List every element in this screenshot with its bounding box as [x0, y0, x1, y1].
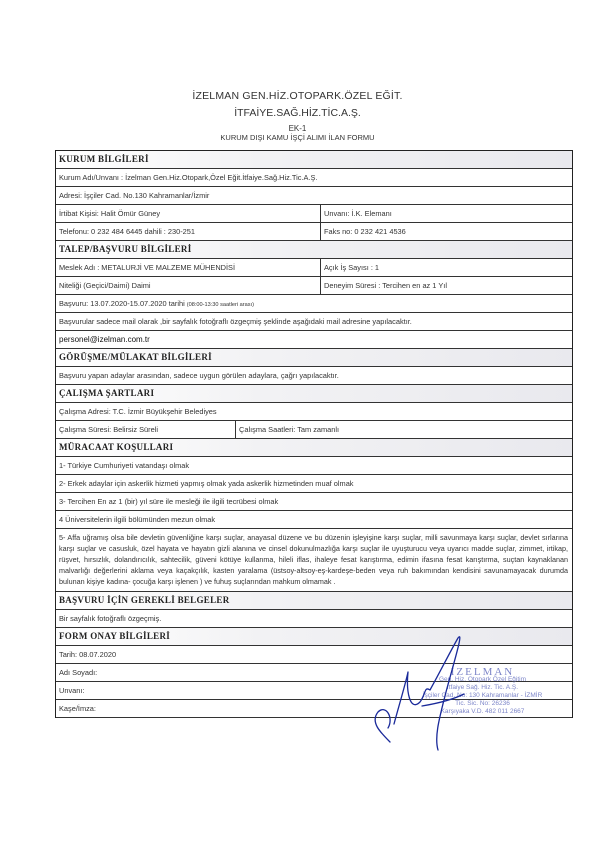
row-calisma: Çalışma Süresi: Belirsiz Süreli Çalışma …: [56, 421, 572, 439]
field-calisma-saatleri: Çalışma Saatleri: Tam zamanlı: [236, 421, 339, 438]
condition-item: 3- Tercihen En az 1 (bir) yıl süre ile m…: [56, 493, 572, 511]
field-telefon: Telefonu: 0 232 484 6445 dahili : 230-25…: [56, 223, 321, 240]
form-title: KURUM DIŞI KAMU İŞÇİ ALIMI İLAN FORMU: [0, 133, 595, 142]
field-unvani: Unvanı:: [56, 682, 572, 700]
basvuru-dates: Başvuru: 13.07.2020-15.07.2020 tarihi: [59, 299, 187, 308]
field-basvuru-tarihi: Başvuru: 13.07.2020-15.07.2020 tarihi (0…: [56, 295, 572, 313]
section-talep-title: TALEP/BAŞVURU BİLGİLERİ: [56, 241, 572, 259]
condition-item: 2- Erkek adaylar için askerlik hizmeti y…: [56, 475, 572, 493]
field-tarih: Tarih: 08.07.2020: [56, 646, 572, 664]
field-gorusme-text: Başvuru yapan adaylar arasından, sadece …: [56, 367, 572, 385]
field-kase-imza: Kaşe/İmza:: [56, 700, 572, 718]
condition-item: 4 Üniversitelerin ilgili bölümünden mezu…: [56, 511, 572, 529]
company-name-line2: İTFAİYE.SAĞ.HİZ.TİC.A.Ş.: [0, 107, 595, 119]
section-muracaat-title: MÜRACAAT KOŞULLARI: [56, 439, 572, 457]
field-faks: Faks no: 0 232 421 4536: [321, 223, 406, 240]
section-belgeler-title: BAŞVURU İÇİN GEREKLİ BELGELER: [56, 592, 572, 610]
field-meslek-adi: Meslek Adı : METALURJİ VE MALZEME MÜHEND…: [56, 259, 321, 276]
section-gorusme-title: GÖRÜŞME/MÜLAKAT BİLGİLERİ: [56, 349, 572, 367]
row-niteligi: Niteliği (Geçici/Daimi) Daimi Deneyim Sü…: [56, 277, 572, 295]
field-belgeler-text: Bir sayfalık fotoğraflı özgeçmiş.: [56, 610, 572, 628]
field-adres: Adresi: İşçiler Cad. No.130 Kahramanlar/…: [56, 187, 572, 205]
field-basvuru-note: Başvurular sadece mail olarak ,bir sayfa…: [56, 313, 572, 331]
annex-label: EK-1: [0, 124, 595, 133]
field-unvan: Unvanı: İ.K. Elemanı: [321, 205, 392, 222]
field-niteligi: Niteliği (Geçici/Daimi) Daimi: [56, 277, 321, 294]
row-telefon: Telefonu: 0 232 484 6445 dahili : 230-25…: [56, 223, 572, 241]
section-calisma-title: ÇALIŞMA ŞARTLARI: [56, 385, 572, 403]
field-kurum-adi: Kurum Adı/Unvanı : İzelman Gen.Hiz.Otopa…: [56, 169, 572, 187]
condition-item: 1- Türkiye Cumhuriyeti vatandaşı olmak: [56, 457, 572, 475]
field-email[interactable]: personel@izelman.com.tr: [56, 331, 572, 349]
field-deneyim-suresi: Deneyim Süresi : Tercihen en az 1 Yıl: [321, 277, 447, 294]
field-acik-is-sayisi: Açık İş Sayısı : 1: [321, 259, 379, 276]
field-adi-soyadi: Adı Soyadı:: [56, 664, 572, 682]
company-name-line1: İZELMAN GEN.HİZ.OTOPARK.ÖZEL EĞİT.: [0, 90, 595, 102]
job-posting-form: KURUM BİLGİLERİ Kurum Adı/Unvanı : İzelm…: [55, 150, 573, 718]
section-kurum-title: KURUM BİLGİLERİ: [56, 151, 572, 169]
section-onay-title: FORM ONAY BİLGİLERİ: [56, 628, 572, 646]
field-calisma-adresi: Çalışma Adresi: T.C. İzmir Büyükşehir Be…: [56, 403, 572, 421]
row-meslek: Meslek Adı : METALURJİ VE MALZEME MÜHEND…: [56, 259, 572, 277]
field-irtibat-kisisi: İrtibat Kişisi: Halit Ömür Güney: [56, 205, 321, 222]
condition-item-criminal-record: 5- Affa uğramış olsa bile devletin güven…: [56, 529, 572, 592]
field-calisma-suresi: Çalışma Süresi: Belirsiz Süreli: [56, 421, 236, 438]
basvuru-hours: (08:00-13:30 saatleri arası): [187, 302, 254, 308]
row-irtibat: İrtibat Kişisi: Halit Ömür Güney Unvanı:…: [56, 205, 572, 223]
